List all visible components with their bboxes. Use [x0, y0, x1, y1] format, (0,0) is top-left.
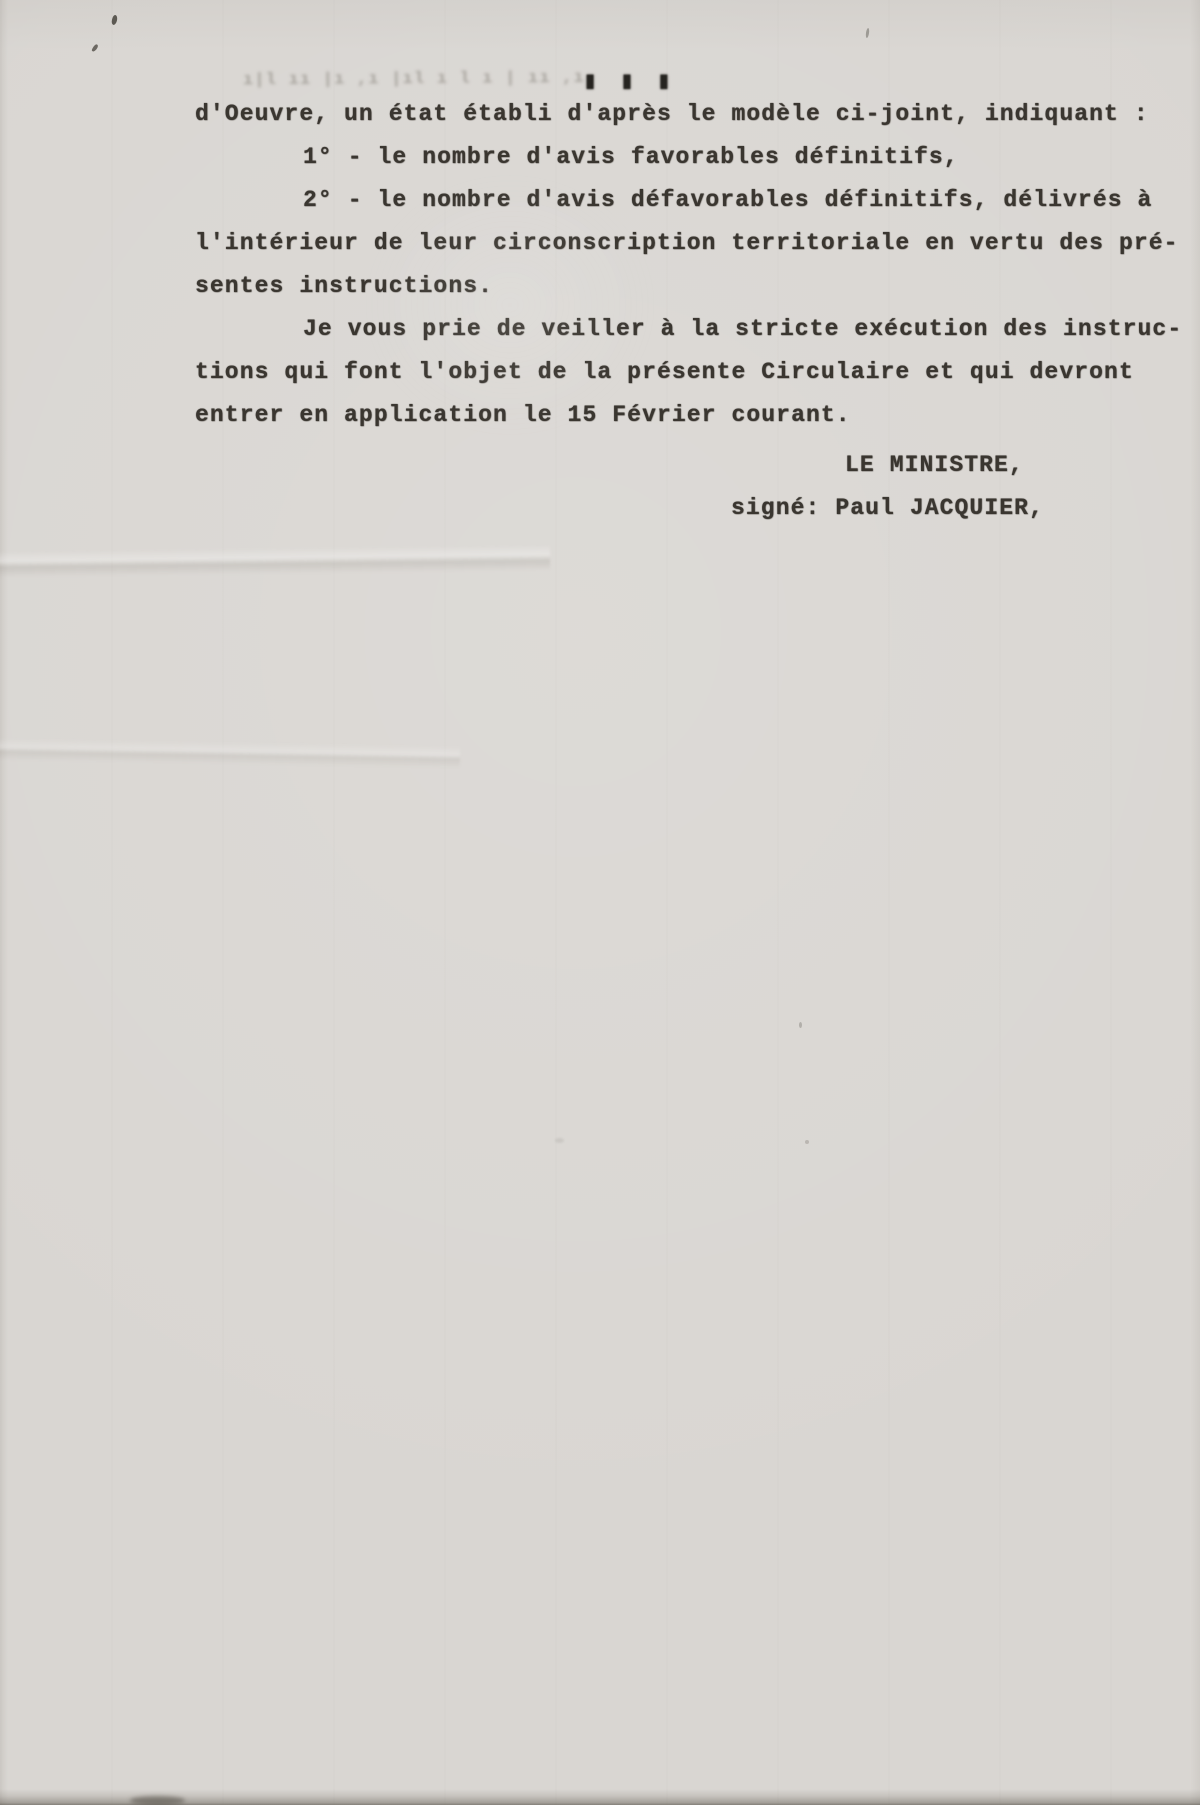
typed-line: d'Oeuvre, un état établi d'après le modè…: [195, 93, 1200, 136]
ink-speck: [799, 1022, 802, 1028]
paper-bottom-edge: [0, 1789, 1200, 1805]
ink-speck: [805, 1140, 809, 1144]
ink-speck: [865, 28, 869, 38]
overstrike-marks-icon: ▮ ▮ ▮: [583, 66, 675, 96]
typed-line: sentes instructions.: [195, 265, 1200, 308]
ink-speck: [111, 15, 118, 26]
typed-line: 1° - le nombre d'avis favorables définit…: [195, 136, 1200, 179]
minister-title-line: LE MINISTRE,: [845, 444, 1024, 487]
scanned-letter-page: ı|l ıı |ı ,ı |ıl ı l ı | ıı ,ı ▮ ▮ ▮ d'O…: [0, 0, 1200, 1805]
typed-line: tions qui font l'objet de la présente Ci…: [195, 351, 1200, 394]
ink-speck: [91, 44, 98, 53]
typed-line: 2° - le nombre d'avis défavorables défin…: [195, 179, 1200, 222]
letter-body: d'Oeuvre, un état établi d'après le modè…: [195, 93, 1200, 437]
paper-crease: [0, 738, 460, 768]
typed-line: Je vous prie de veiller à la stricte exé…: [195, 308, 1200, 351]
typed-line: l'intérieur de leur circonscription terr…: [195, 222, 1200, 265]
typed-line: entrer en application le 15 Février cour…: [195, 394, 1200, 437]
signed-name-line: signé: Paul JACQUIER,: [731, 487, 1044, 530]
ink-speck: [555, 1138, 564, 1143]
paper-crease: [0, 545, 550, 578]
